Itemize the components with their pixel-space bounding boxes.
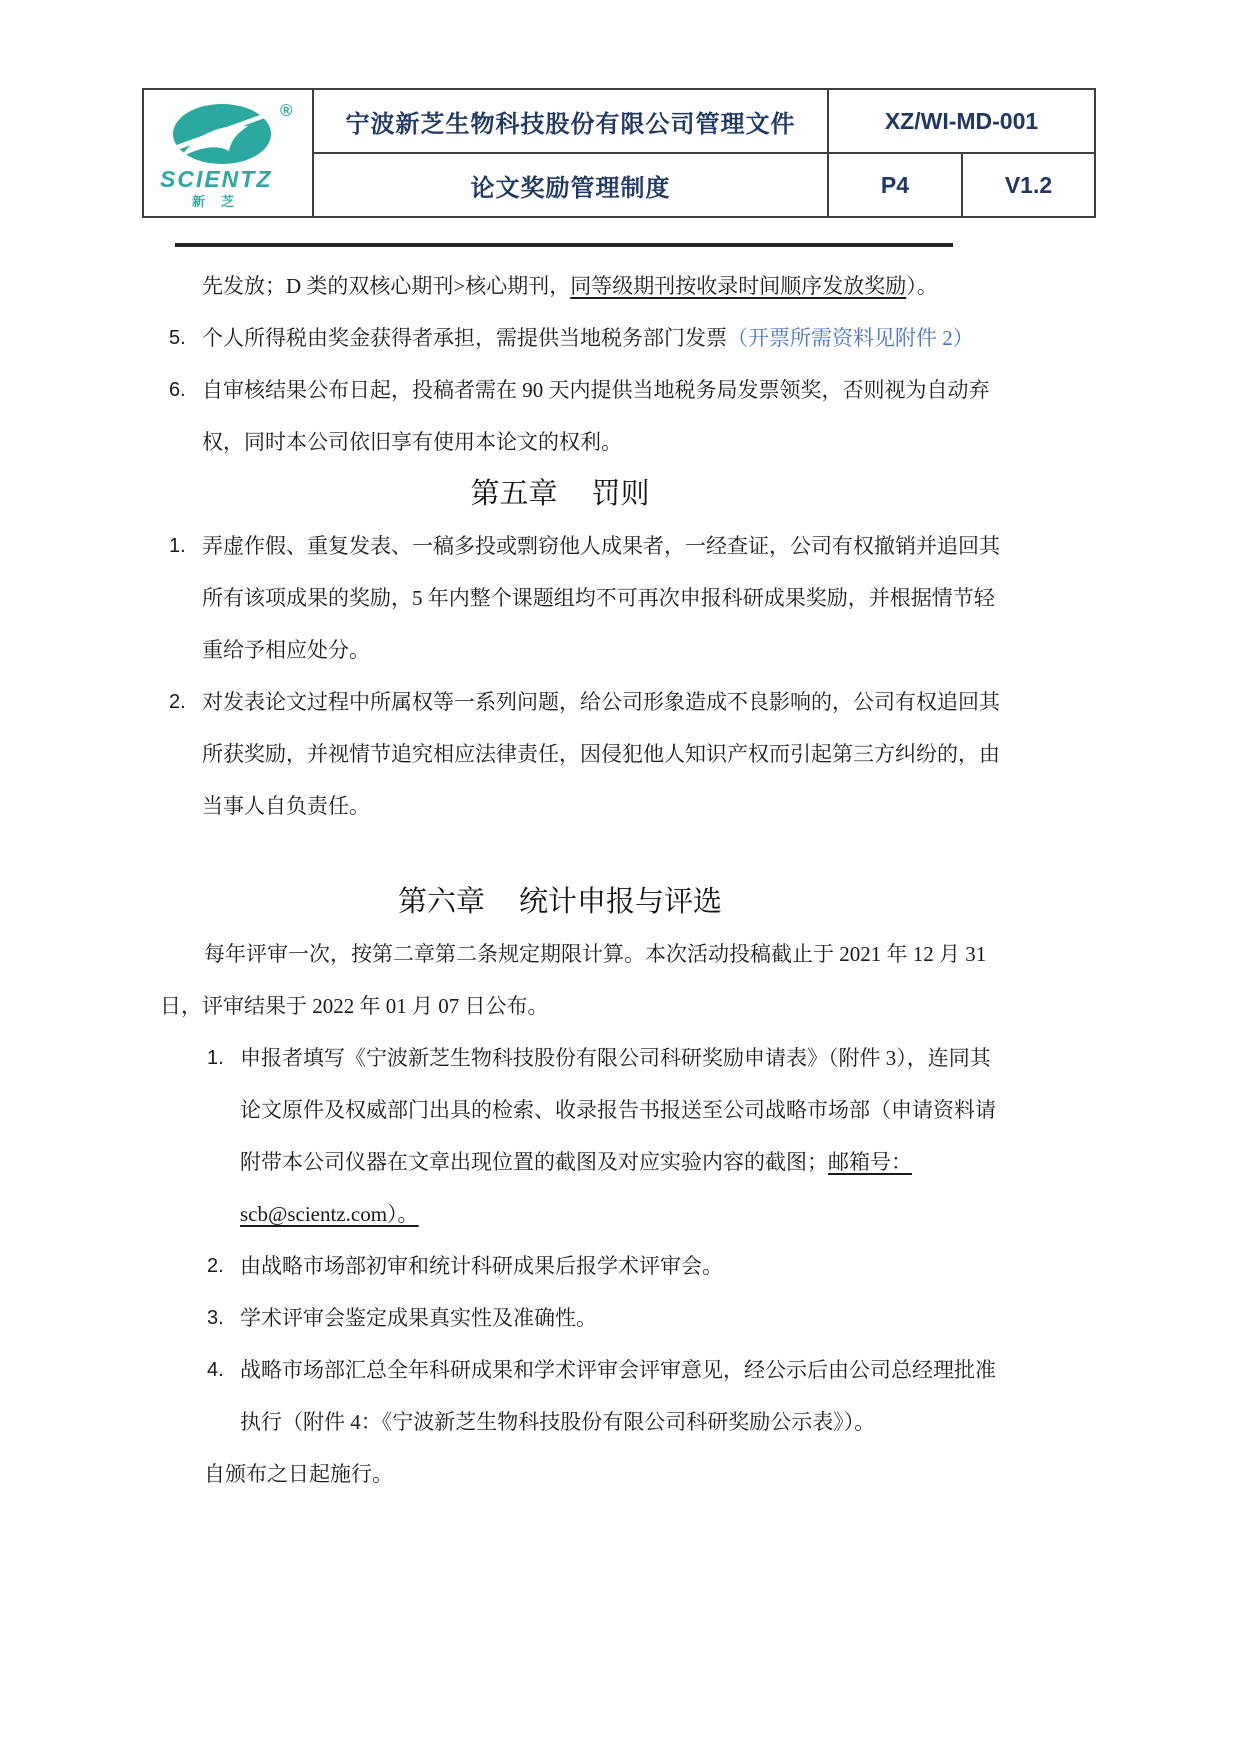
text-segment: 弄虚作假、重复发表、一稿多投或剽窃他人成果者，一经查证，公司有权撤销并追回其: [202, 534, 1000, 558]
logo-cell: ® SCIENTZ 新芝: [143, 89, 313, 217]
text-line: 4.战略市场部汇总全年科研成果和学术评审会评审意见，经公示后由公司总经理批准: [240, 1344, 960, 1396]
text-line: 1.申报者填写《宁波新芝生物科技股份有限公司科研奖励申请表》（附件 3），连同其: [240, 1032, 960, 1084]
text-segment: 所获奖励，并视情节追究相应法律责任，因侵犯他人知识产权而引起第三方纠纷的，由: [202, 742, 1000, 766]
text-line: 自颁布之日起施行。: [160, 1448, 960, 1500]
text-line: 当事人自负责任。: [202, 780, 960, 832]
text-line: 所有该项成果的奖励，5 年内整个课题组均不可再次申报科研成果奖励，并根据情节轻: [202, 572, 960, 624]
text-line: 1.弄虚作假、重复发表、一稿多投或剽窃他人成果者，一经查证，公司有权撤销并追回其: [202, 520, 960, 572]
text-segment: （开票所需资料见附件 2）: [727, 326, 974, 350]
document-page: ® SCIENTZ 新芝 宁波新芝生物科技股份有限公司管理文件 XZ/WI-MD…: [0, 0, 1241, 1754]
text-line: 日，评审结果于 2022 年 01 月 07 日公布。: [160, 980, 960, 1032]
text-segment: 学术评审会鉴定成果真实性及准确性。: [240, 1306, 597, 1330]
text-line: 2.由战略市场部初审和统计科研成果后报学术评审会。: [240, 1240, 960, 1292]
logo-brand-cn: 新芝: [192, 194, 250, 209]
text-line: 权，同时本公司依旧享有使用本论文的权利。: [202, 416, 960, 468]
logo-brand-text: SCIENTZ: [160, 166, 272, 192]
list-number: 5.: [169, 312, 186, 364]
text-line: 先发放；D 类的双核心期刊>核心期刊，同等级期刊按收录时间顺序发放奖励）。: [202, 260, 960, 312]
list-number: 1.: [207, 1032, 224, 1084]
text-line: 论文原件及权威部门出具的检索、收录报告书报送至公司战略市场部（申请资料请: [240, 1084, 960, 1136]
text-line: 5.个人所得税由奖金获得者承担，需提供当地税务部门发票（开票所需资料见附件 2）: [202, 312, 960, 364]
text-segment: 所有该项成果的奖励，5 年内整个课题组均不可再次申报科研成果奖励，并根据情节轻: [202, 586, 995, 610]
list-number: 3.: [207, 1292, 224, 1344]
doc-code: XZ/WI-MD-001: [828, 89, 1095, 153]
header-divider-line: [175, 243, 953, 247]
chapter-number: 第五章: [470, 478, 557, 510]
text-segment: 对发表论文过程中所属权等一系列问题，给公司形象造成不良影响的，公司有权追回其: [202, 690, 1000, 714]
text-segment: 论文原件及权威部门出具的检索、收录报告书报送至公司战略市场部（申请资料请: [240, 1098, 996, 1122]
scientz-logo-icon: ® SCIENTZ 新芝: [152, 94, 304, 212]
text-segment: ）。: [906, 274, 938, 298]
text-segment: 由战略市场部初审和统计科研成果后报学术评审会。: [240, 1254, 723, 1278]
doc-title: 论文奖励管理制度: [313, 153, 828, 217]
scientz-logo: ® SCIENTZ 新芝: [144, 94, 312, 212]
text-segment: scb@scientz.com）。: [240, 1202, 419, 1226]
page-number: P4: [828, 153, 962, 217]
text-segment: 个人所得税由奖金获得者承担，需提供当地税务部门发票: [202, 326, 727, 350]
text-segment: 权，同时本公司依旧享有使用本论文的权利。: [202, 430, 622, 454]
text-line: 6.自审核结果公布日起，投稿者需在 90 天内提供当地税务局发票领奖，否则视为自…: [202, 364, 960, 416]
list-number: 1.: [169, 520, 186, 572]
text-segment: 战略市场部汇总全年科研成果和学术评审会评审意见，经公示后由公司总经理批准: [240, 1358, 996, 1382]
text-segment: 重给予相应处分。: [202, 638, 370, 662]
text-line: 执行（附件 4：《宁波新芝生物科技股份有限公司科研奖励公示表》）。: [240, 1396, 960, 1448]
version-number: V1.2: [962, 153, 1095, 217]
text-line: scb@scientz.com）。: [240, 1188, 960, 1240]
text-segment: 邮箱号：: [828, 1150, 912, 1174]
text-segment: 日，评审结果于 2022 年 01 月 07 日公布。: [160, 994, 549, 1018]
list-number: 6.: [169, 364, 186, 416]
text-line: 所获奖励，并视情节追究相应法律责任，因侵犯他人知识产权而引起第三方纠纷的，由: [202, 728, 960, 780]
text-line: 3.学术评审会鉴定成果真实性及准确性。: [240, 1292, 960, 1344]
text-segment: 自颁布之日起施行。: [204, 1462, 393, 1486]
list-number: 2.: [169, 676, 186, 728]
list-number: 2.: [207, 1240, 224, 1292]
text-segment: 申报者填写《宁波新芝生物科技股份有限公司科研奖励申请表》（附件 3），连同其: [240, 1046, 991, 1070]
chapter-title: 统计申报与评选: [519, 886, 722, 918]
chapter-heading: 第六章统计申报与评选: [160, 876, 960, 928]
text-segment: 同等级期刊按收录时间顺序发放奖励: [570, 274, 906, 298]
text-segment: 当事人自负责任。: [202, 794, 370, 818]
text-line: 每年评审一次，按第二章第二条规定期限计算。本次活动投稿截止于 2021 年 12…: [160, 928, 960, 980]
list-number: 4.: [207, 1344, 224, 1396]
text-segment: 每年评审一次，按第二章第二条规定期限计算。本次活动投稿截止于 2021 年 12…: [204, 942, 986, 966]
chapter-heading: 第五章罚则: [160, 468, 960, 520]
chapter-title: 罚则: [592, 478, 650, 510]
text-line: 重给予相应处分。: [202, 624, 960, 676]
text-line: 2.对发表论文过程中所属权等一系列问题，给公司形象造成不良影响的，公司有权追回其: [202, 676, 960, 728]
text-line: 附带本公司仪器在文章出现位置的截图及对应实验内容的截图；邮箱号：: [240, 1136, 960, 1188]
text-segment: 自审核结果公布日起，投稿者需在 90 天内提供当地税务局发票领奖，否则视为自动弃: [202, 378, 990, 402]
registered-mark: ®: [280, 101, 293, 120]
chapter-number: 第六章: [398, 886, 485, 918]
text-segment: 执行（附件 4：《宁波新芝生物科技股份有限公司科研奖励公示表》）。: [240, 1410, 875, 1434]
text-segment: 附带本公司仪器在文章出现位置的截图及对应实验内容的截图；: [240, 1150, 828, 1174]
document-header-table: ® SCIENTZ 新芝 宁波新芝生物科技股份有限公司管理文件 XZ/WI-MD…: [142, 88, 1096, 218]
text-segment: 先发放；D 类的双核心期刊>核心期刊，: [202, 274, 570, 298]
company-doc-title: 宁波新芝生物科技股份有限公司管理文件: [313, 89, 828, 153]
document-body: 先发放；D 类的双核心期刊>核心期刊，同等级期刊按收录时间顺序发放奖励）。5.个…: [160, 260, 960, 1500]
